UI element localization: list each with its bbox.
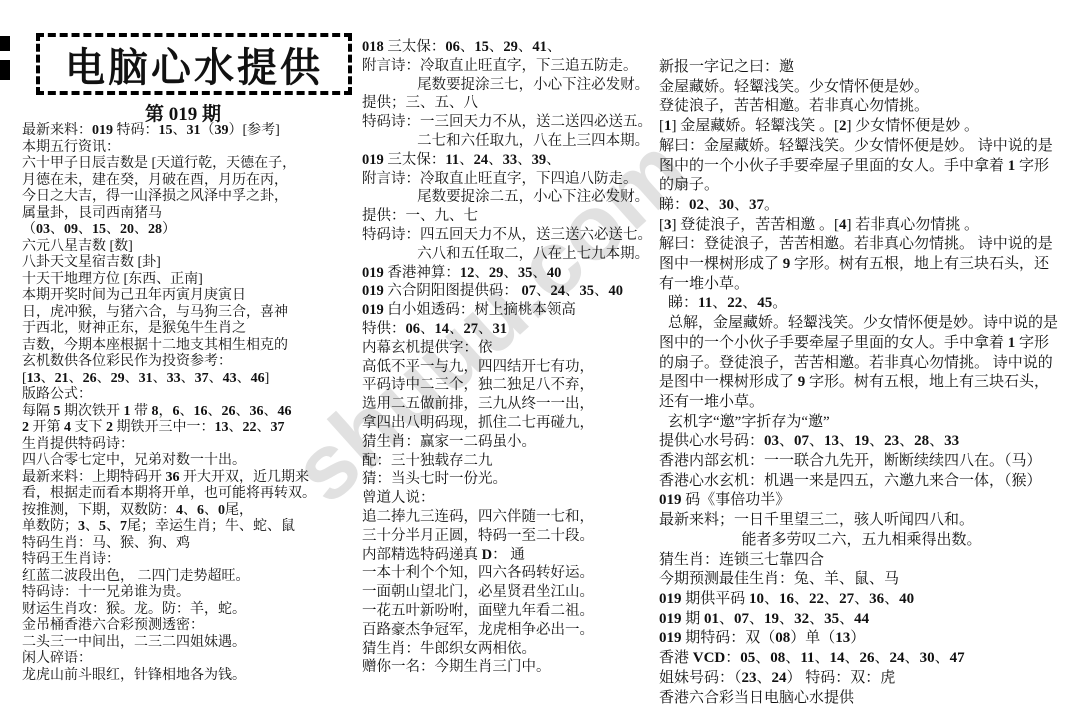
title-box: 电脑心水提供 bbox=[36, 33, 352, 95]
text-line: 特供：06、14、27、31 bbox=[362, 320, 656, 339]
text-line: 特码王生肖诗： bbox=[22, 552, 356, 569]
text-line: 单数防；3、5、7尾；幸运生肖；牛、蛇、鼠 bbox=[22, 519, 356, 536]
text-line: 猜生肖：连锁三七靠四合 bbox=[659, 551, 1077, 571]
text-line: 019 香港神算：12、29、35、40 bbox=[362, 264, 656, 283]
text-line: 019 三太保：11、24、33、39、 bbox=[362, 151, 656, 170]
text-line: 的扇子。 bbox=[659, 176, 1077, 196]
text-line: 二头三一中间出，二三二四姐妹遇。 bbox=[22, 635, 356, 652]
text-line: 019 码《事倍功半》 bbox=[659, 491, 1077, 511]
text-line: 赠你一名：今期生肖三门中。 bbox=[362, 658, 656, 677]
text-line: 四八合零七定中，兄弟对数一十出。 bbox=[22, 453, 356, 470]
text-line: 018 三太保：06、15、29、41、 bbox=[362, 38, 656, 57]
text-line: 金吊桶香港六合彩预测透密： bbox=[22, 618, 356, 635]
text-line: 香港六合彩当日电脑心水提供 bbox=[659, 689, 1077, 709]
text-line: 尾数要捉涂三七，小心下注必发财。 bbox=[362, 76, 656, 95]
text-line: 八卦天文星宿吉数 [卦] bbox=[22, 255, 356, 272]
text-line: 一花五叶新吩咐，面壁九年看二祖。 bbox=[362, 602, 656, 621]
text-line: 香港内部玄机：一一联合九先开，断断续续四八在。（马） bbox=[659, 452, 1077, 472]
text-line: 019 期特码：双（08）单（13） bbox=[659, 629, 1077, 649]
text-line: 拿四出八明码现，抓住二七再碰九， bbox=[362, 414, 656, 433]
text-line: 配：三十独载存二九 bbox=[362, 452, 656, 471]
text-line: 六八和五任取二，八在上七九本期。 bbox=[362, 245, 656, 264]
text-line: 的扇子。登徒浪子，苦苦相邀。若非真心勿情挑。 诗中说的 bbox=[659, 354, 1077, 374]
text-line: [3] 登徒浪子，苦苦相邀 。[4] 若非真心勿情挑 。 bbox=[659, 216, 1077, 236]
text-line: 019 期 01、07、19、32、35、44 bbox=[659, 610, 1077, 630]
scan-artifact-mark bbox=[0, 60, 10, 80]
text-line: 于西北，财神正东，是猴兔牛生肖之 bbox=[22, 321, 356, 338]
text-line: 图中的一个小伙子手要牵屋子里面的女人。手中拿着 1 字形 bbox=[659, 157, 1077, 177]
text-line: 猜生肖：赢家一二码虽小。 bbox=[362, 433, 656, 452]
text-line: 附言诗：冷取直止旺直字，下三追五防走。 bbox=[362, 57, 656, 76]
page-title: 电脑心水提供 bbox=[65, 36, 323, 93]
middle-column: 018 三太保：06、15、29、41、附言诗：冷取直止旺直字，下三追五防走。尾… bbox=[362, 38, 656, 677]
text-line: 一面朝山望北门，必星贤君坐江山。 bbox=[362, 583, 656, 602]
text-line: 一本十利个个知，四六各码转好运。 bbox=[362, 564, 656, 583]
text-line: 还有一堆小草。 bbox=[659, 393, 1077, 413]
text-line: 百路豪杰争冠军，龙虎相争必出一。 bbox=[362, 621, 656, 640]
text-line: 睇：02、30、37。 bbox=[659, 196, 1077, 216]
text-line: 猜：当头七时一份光。 bbox=[362, 470, 656, 489]
text-line: 2 开第 4 支下 2 期铁开三中一：13、22、37 bbox=[22, 420, 356, 437]
text-line: 019 六合阴阳图提供码： 07、24、35、40 bbox=[362, 282, 656, 301]
lottery-tip-sheet: shuuu.com 电脑心水提供 第 019 期 最新来料：019 特码：15、… bbox=[0, 0, 1080, 722]
text-line: 解曰：登徒浪子，苦苦相邀。若非真心勿情挑。 诗中说的是 bbox=[659, 235, 1077, 255]
text-line: 尾数要捉涂二五，小心下注必发财。 bbox=[362, 188, 656, 207]
text-line: 本期五行资讯： bbox=[22, 140, 356, 157]
text-line: 选用二五做前排，三九从终一一出， bbox=[362, 395, 656, 414]
text-line: 特码生肖：马、猴、狗、鸡 bbox=[22, 536, 356, 553]
text-line: 今期预测最佳生肖：兔、羊、鼠、马 bbox=[659, 570, 1077, 590]
text-line: 最新来料：上期特码开 36 开大开双，近几期来 bbox=[22, 470, 356, 487]
text-line: 今日之大吉，得一山泽损之风泽中孚之卦， bbox=[22, 189, 356, 206]
text-line: [1] 金屋藏娇。轻颦浅笑 。[2] 少女情怀便是妙 。 bbox=[659, 117, 1077, 137]
text-line: 生肖提供特码诗： bbox=[22, 437, 356, 454]
text-line: 是图中一棵树形成了 9 字形。树有五根，地上有三块石头， bbox=[659, 373, 1077, 393]
text-line: 有一堆小草。 bbox=[659, 275, 1077, 295]
text-line: 按推测，下期，双数防：4、6、0尾， bbox=[22, 503, 356, 520]
left-column-lines: 最新来料：019 特码：15、31（39）[参考]本期五行资讯：六十甲子日辰吉数… bbox=[22, 123, 356, 684]
text-line: 019 白小姐透码：树上摘桃本领高 bbox=[362, 301, 656, 320]
text-line: 看，根据走而看本期将开单，也可能将再转双。 bbox=[22, 486, 356, 503]
text-line: 版路公式： bbox=[22, 387, 356, 404]
text-line: 财运生肖攻：猴。龙。防：羊，蛇。 bbox=[22, 602, 356, 619]
text-line: 日，虎冲猴，与猪六合，与马狗三合，喜神 bbox=[22, 305, 356, 322]
text-line: 吉数，今期本座根据十二地支其相生相克的 bbox=[22, 338, 356, 355]
text-line: 香港心水玄机：机遇一来是四五，六邀九来合一体，（猴） bbox=[659, 472, 1077, 492]
text-line: 附言诗：冷取直止旺直字，下四追八防走。 bbox=[362, 170, 656, 189]
text-line: 香港 VCD：05、08、11、14、26、24、30、47 bbox=[659, 649, 1077, 669]
text-line: 曾道人说： bbox=[362, 489, 656, 508]
text-line: 提供心水号码：03、07、13、19、23、28、33 bbox=[659, 432, 1077, 452]
right-column: 新报一字记之曰：邀金屋藏娇。轻颦浅笑。少女情怀便是妙。登徒浪子，苦苦相邀。若非真… bbox=[659, 58, 1077, 708]
text-line: 追二捧九三连码，四六伴随一七和， bbox=[362, 508, 656, 527]
text-line: 睇：11、22、45。 bbox=[659, 294, 1077, 314]
text-line: 特码诗：十一兄弟谁为贵。 bbox=[22, 585, 356, 602]
text-line: 登徒浪子，苦苦相邀。若非真心勿情挑。 bbox=[659, 97, 1077, 117]
text-line: 六十甲子日辰吉数是 [天道行乾，天德在子， bbox=[22, 156, 356, 173]
text-line: 本期开奖时间为己丑年丙寅月庚寅日 bbox=[22, 288, 356, 305]
text-line: 解曰：金屋藏娇。轻颦浅笑。少女情怀便是妙。 诗中说的是 bbox=[659, 137, 1077, 157]
text-line: 姐妹号码：（23、24） 特码：双：虎 bbox=[659, 669, 1077, 689]
text-line: 特码诗：一三回天力不从，送二送四必送五。 bbox=[362, 113, 656, 132]
text-line: 提供；三、五、八 bbox=[362, 94, 656, 113]
text-line: 提供：一、九、七 bbox=[362, 207, 656, 226]
text-line: 高低不平一与九，四四结开七有功， bbox=[362, 358, 656, 377]
scan-artifact-mark bbox=[0, 36, 10, 51]
text-line: [13、21、26、29、31、33、37、43、46] bbox=[22, 371, 356, 388]
text-line: 猜生肖：牛郎织女两相依。 bbox=[362, 640, 656, 659]
text-line: 三十分半月正圆，特码一至二十段。 bbox=[362, 527, 656, 546]
text-line: 属量卦，艮司西南猪马 bbox=[22, 206, 356, 223]
text-line: 图中一棵树形成了 9 字形。树有五根，地上有三块石头，还 bbox=[659, 255, 1077, 275]
text-line: 红蓝二波段出色， 二四门走势超旺。 bbox=[22, 569, 356, 586]
text-line: 六元八星吉数 [数] bbox=[22, 239, 356, 256]
text-line: 能者多劳叹二六，五九相乘得出数。 bbox=[659, 531, 1077, 551]
text-line: 内幕玄机提供字：依 bbox=[362, 339, 656, 358]
text-line: 龙虎山前斗眼红，针锋相地各为钱。 bbox=[22, 668, 356, 685]
text-line: 金屋藏娇。轻颦浅笑。少女情怀便是妙。 bbox=[659, 78, 1077, 98]
text-line: 闲人碎语： bbox=[22, 651, 356, 668]
text-line: 每隔 5 期次铁开 1 带 8，6、16、26、36、46 bbox=[22, 404, 356, 421]
text-line: 总解，金屋藏娇。轻颦浅笑。少女情怀便是妙。诗中说的是 bbox=[659, 314, 1077, 334]
text-line: 平码诗中二三个，独二独足八不弃， bbox=[362, 376, 656, 395]
text-line: 新报一字记之曰：邀 bbox=[659, 58, 1077, 78]
text-line: 玄机数供各位彩民作为投资参考： bbox=[22, 354, 356, 371]
text-line: 十天干地理方位 [东西、正南] bbox=[22, 272, 356, 289]
text-line: 玄机字“邀”字折存为“邀” bbox=[659, 413, 1077, 433]
text-line: 二七和六任取九，八在上三四本期。 bbox=[362, 132, 656, 151]
text-line: 特码诗：四五回天力不从，送三送六必送七。 bbox=[362, 226, 656, 245]
left-column: 最新来料：019 特码：15、31（39）[参考]本期五行资讯：六十甲子日辰吉数… bbox=[22, 99, 356, 684]
text-line: 图中的一个小伙子手要牵屋子里面的女人。手中拿着 1 字形 bbox=[659, 334, 1077, 354]
text-line: 月德在未，建在癸，月破在酉，月历在丙， bbox=[22, 173, 356, 190]
text-line: （03、09、15、20、28） bbox=[22, 222, 356, 239]
issue-number: 第 019 期 bbox=[22, 99, 344, 126]
text-line: 最新来料；一日千里望三二，骇人听闻四八和。 bbox=[659, 511, 1077, 531]
text-line: 内部精选特码递真 D： 通 bbox=[362, 546, 656, 565]
text-line: 019 期供平码 10、16、22、27、36、40 bbox=[659, 590, 1077, 610]
